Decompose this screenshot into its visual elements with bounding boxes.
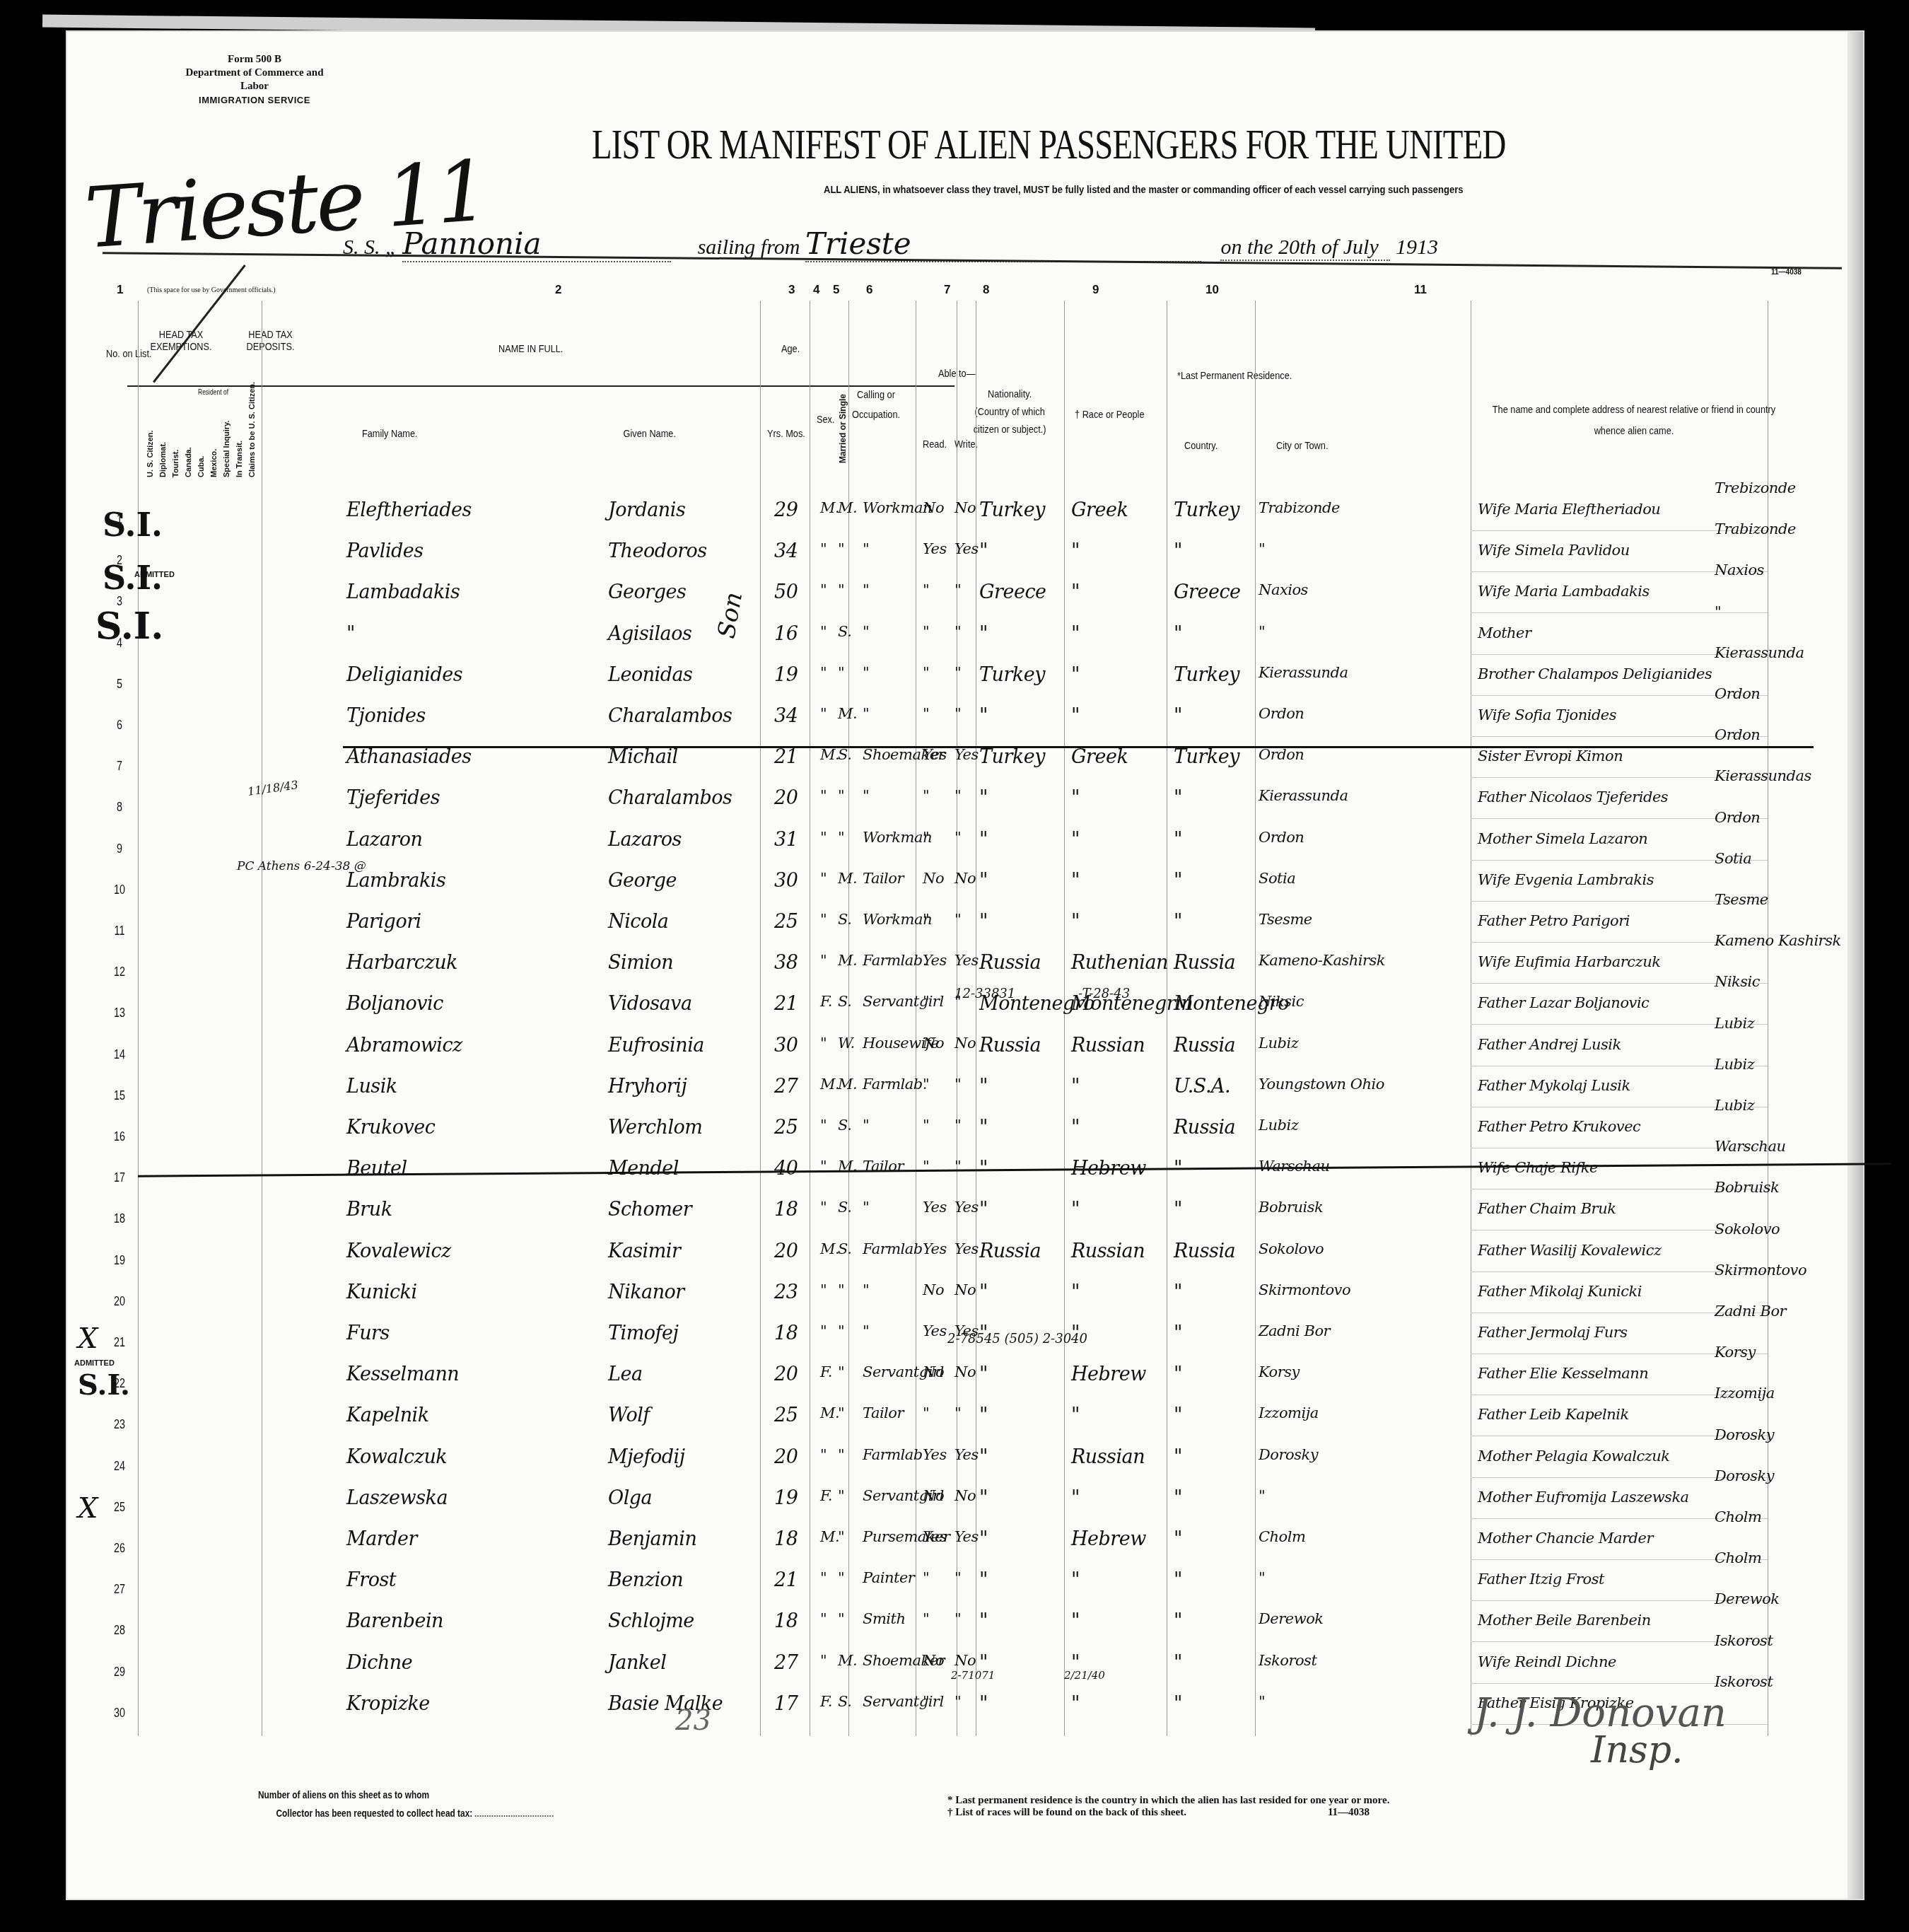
race: Ruthenian <box>1071 952 1168 974</box>
row-number: 9 <box>112 842 126 856</box>
family-name: Parigori <box>346 911 421 933</box>
given-name: Eufrosinia <box>608 1035 704 1057</box>
age: 18 <box>774 1322 798 1344</box>
marital-status: M. <box>838 499 857 516</box>
table-row: 16KrukovecWerchlom25"S."""""RussiaLubizF… <box>67 1112 1863 1149</box>
table-row: 24KowalczukMjefodij20""FarmlabYesYes"Rus… <box>67 1442 1863 1479</box>
header-nationality: Nationality. (Country of which citizen o… <box>972 385 1047 438</box>
residence-country: " <box>1174 1693 1182 1715</box>
residence-country: Turkey <box>1174 746 1239 768</box>
sex: " <box>820 623 827 640</box>
given-name: Nicola <box>608 911 668 933</box>
residence-country: " <box>1174 1199 1182 1221</box>
family-name: Kapelnik <box>346 1404 429 1426</box>
table-row: 4"Agisilaos16"S."""""""Mother" <box>67 619 1863 656</box>
relative-city: Sotia <box>1715 850 1751 867</box>
occupation: Workman <box>863 499 932 516</box>
nearest-relative: Mother <box>1478 624 1531 641</box>
residence-country: Turkey <box>1174 664 1239 686</box>
table-row: 15LusikHryhorij27M.M.Farmlab.""""U.S.A.Y… <box>67 1071 1863 1108</box>
age: 34 <box>774 705 798 727</box>
marital-status: " <box>838 581 844 598</box>
footer-line-1: Number of aliens on this sheet as to who… <box>258 1789 553 1800</box>
header-family-name: Family Name. <box>315 428 465 440</box>
relative-city: Cholm <box>1715 1508 1761 1525</box>
nearest-relative: Father Petro Parigori <box>1478 912 1630 929</box>
row-number: 17 <box>112 1170 126 1185</box>
can-write: " <box>954 1610 961 1627</box>
residence-city: Kierassunda <box>1259 787 1348 804</box>
race: " <box>1071 664 1080 686</box>
age: 25 <box>774 911 798 933</box>
table-row: 12HarbarczukSimion38"M.Farmlab.YesYesRus… <box>67 948 1863 984</box>
nationality: Russia <box>979 1035 1041 1057</box>
given-name: Agisilaos <box>608 623 691 645</box>
row-number: 20 <box>112 1294 126 1309</box>
nationality: " <box>979 1363 988 1385</box>
sex: M. <box>820 499 839 516</box>
residence-city: Zadni Bor <box>1259 1322 1330 1339</box>
occupation: " <box>863 623 869 640</box>
race: " <box>1071 540 1080 562</box>
age: 40 <box>774 1158 798 1180</box>
form-code-top: 11—4038 <box>1771 269 1802 277</box>
relative-city: Lubiz <box>1715 1056 1754 1073</box>
x-mark-row22: X <box>78 1322 98 1355</box>
residence-city: Iskorost <box>1259 1652 1317 1669</box>
inspector-title: Insp. <box>1591 1729 1683 1771</box>
sex: " <box>820 1322 827 1339</box>
residence-country: Turkey <box>1174 499 1239 521</box>
row-number: 11 <box>112 924 126 938</box>
can-read: Yes <box>923 1199 947 1216</box>
col-number-9: 9 <box>1092 283 1099 297</box>
residence-city: Dorosky <box>1259 1446 1318 1463</box>
row10-margin-note: PC Athens 6-24-38 @ <box>237 859 366 873</box>
header-tourist: Tourist. <box>172 414 180 477</box>
header-write: Write. <box>954 438 978 450</box>
family-name: Frost <box>346 1569 396 1591</box>
header-tax-exemptions: HEAD TAX EXEMPTIONS. <box>145 329 217 353</box>
race: " <box>1071 1117 1080 1139</box>
age: 20 <box>774 1240 798 1262</box>
residence-city: Trabizonde <box>1259 499 1340 516</box>
occupation: " <box>863 705 869 722</box>
sex: " <box>820 581 827 598</box>
header-yrs-mos: Yrs. Mos. <box>767 428 805 440</box>
sex: " <box>820 1652 827 1669</box>
can-write: Yes <box>954 1528 979 1545</box>
given-name: Jordanis <box>608 499 685 521</box>
age: 19 <box>774 1487 798 1509</box>
can-read: " <box>923 1117 929 1134</box>
sex: " <box>820 1117 827 1134</box>
residence-city: Korsy <box>1259 1363 1300 1380</box>
family-name: Lusik <box>346 1076 397 1098</box>
residence-country: Greece <box>1174 581 1241 603</box>
nationality: Russia <box>979 952 1041 974</box>
header-married-single: Married or Single <box>838 371 848 463</box>
can-read: No <box>923 870 944 887</box>
si-stamp-row23: S.I. <box>78 1368 130 1402</box>
marital-status: " <box>838 829 844 846</box>
row-number: 23 <box>112 1417 126 1432</box>
occupation: Farmlab <box>863 1446 923 1463</box>
nearest-relative: Wife Eufimia Harbarczuk <box>1478 953 1660 970</box>
age: 34 <box>774 540 798 562</box>
residence-city: Sokolovo <box>1259 1240 1324 1257</box>
header-claims-us-citizen: Claims to be U. S. Citizen. <box>248 414 257 477</box>
relative-city: Trebizonde <box>1715 479 1796 496</box>
occupation: " <box>863 581 869 598</box>
residence-city: " <box>1259 1693 1265 1710</box>
header-special-inquiry: Special Inquiry. <box>223 414 231 477</box>
relative-city: Derewok <box>1715 1590 1780 1607</box>
age: 27 <box>774 1652 798 1674</box>
row-number: 13 <box>112 1006 126 1020</box>
col-number-6: 6 <box>866 283 872 297</box>
header-name-in-full: NAME IN FULL. <box>498 343 563 355</box>
given-name: George <box>608 870 677 892</box>
header-in-transit: In Transit. <box>235 414 244 477</box>
x-mark-row25: X <box>78 1492 98 1525</box>
age: 38 <box>774 952 798 974</box>
can-write: Yes <box>954 746 979 763</box>
header-given-name: Given Name. <box>605 428 695 440</box>
relative-city: Sokolovo <box>1715 1221 1780 1238</box>
relative-city: Kameno Kashirsk <box>1715 932 1841 949</box>
col-number-3: 3 <box>788 283 795 297</box>
occupation: " <box>863 787 869 804</box>
table-row: 28BarenbeinSchlojme18""Smith"""""Derewok… <box>67 1606 1863 1643</box>
sex: " <box>820 1281 827 1298</box>
sex: M. <box>820 1404 839 1421</box>
sex: M. <box>820 1076 839 1093</box>
nearest-relative: Father Wasilij Kovalewicz <box>1478 1242 1661 1259</box>
header-race: † Race or People <box>1075 409 1145 421</box>
occupation: " <box>863 1199 869 1216</box>
row30-note: 2-71071 <box>951 1669 995 1682</box>
residence-city: Skirmontovo <box>1259 1281 1350 1298</box>
family-name: Beutel <box>346 1158 407 1180</box>
occupation: Tailor <box>863 870 904 887</box>
given-name: Lazaros <box>608 829 682 851</box>
can-write: No <box>954 1035 976 1052</box>
marital-status: S. <box>838 1693 851 1710</box>
relative-city: Tsesme <box>1715 891 1768 908</box>
table-row: 9LazaronLazaros31""Workman"""""OrdonMoth… <box>67 825 1863 861</box>
given-name: Leonidas <box>608 664 692 686</box>
can-read: No <box>923 1363 944 1380</box>
nearest-relative: Wife Maria Eleftheriadou <box>1478 501 1660 518</box>
race: Hebrew <box>1071 1363 1146 1385</box>
residence-city: Naxios <box>1259 581 1308 598</box>
occupation: Smith <box>863 1610 905 1627</box>
table-row: 2PavlidesTheodoros34"""YesYes""""Wife Si… <box>67 536 1863 573</box>
residence-city: " <box>1259 1569 1265 1586</box>
race: Russian <box>1071 1035 1145 1057</box>
marital-status: M. <box>838 705 857 722</box>
page-title: LIST OR MANIFEST OF ALIEN PASSENGERS FOR… <box>592 120 1505 169</box>
table-row: 6TjonidesCharalambos34"M.""""""OrdonWife… <box>67 701 1863 738</box>
age: 27 <box>774 1076 798 1098</box>
given-name: Schlojme <box>608 1610 694 1632</box>
residence-country: " <box>1174 623 1182 645</box>
header-resident-of: Resident of <box>198 389 228 397</box>
sex: " <box>820 952 827 969</box>
race: Greek <box>1071 499 1128 521</box>
family-name: Kesselmann <box>346 1363 459 1385</box>
footer-line-2: Collector has been requested to collect … <box>276 1808 554 1819</box>
age: 23 <box>774 1281 798 1303</box>
given-name: Simion <box>608 952 673 974</box>
residence-country: " <box>1174 1569 1182 1591</box>
nearest-relative: Wife Maria Lambadakis <box>1478 583 1650 600</box>
marital-status: M. <box>838 870 857 887</box>
nationality: " <box>979 1487 988 1509</box>
marital-status: S. <box>838 993 851 1010</box>
residence-city: Tsesme <box>1259 911 1312 928</box>
given-name: Werchlom <box>608 1117 702 1139</box>
footer-line-2-text: Collector has been requested to collect … <box>276 1808 473 1819</box>
nearest-relative: Father Andrej Lusik <box>1478 1036 1621 1053</box>
race: " <box>1071 829 1080 851</box>
col-number-4: 4 <box>813 283 819 297</box>
row-number: 15 <box>112 1088 126 1103</box>
marital-status: " <box>838 787 844 804</box>
table-row: 23KapelnikWolf25M."Tailor"""""IzzomijaFa… <box>67 1400 1863 1437</box>
can-write: No <box>954 1363 976 1380</box>
race: " <box>1071 1487 1080 1509</box>
can-read: No <box>923 499 944 516</box>
occupation: Servantgirl <box>863 1693 944 1710</box>
age: 30 <box>774 870 798 892</box>
col-number-10: 10 <box>1205 283 1219 297</box>
family-name: Barenbein <box>346 1610 443 1632</box>
nationality: Turkey <box>979 664 1045 686</box>
relative-city: Ordon <box>1715 726 1760 743</box>
residence-country: " <box>1174 1528 1182 1550</box>
form-service: IMMIGRATION SERVICE <box>173 93 336 107</box>
nationality: Greece <box>979 581 1046 603</box>
head-tax-count-field <box>475 1815 554 1817</box>
residence-city: Sotia <box>1259 870 1295 887</box>
nationality: " <box>979 911 988 933</box>
footnote-races-text: † List of races will be found on the bac… <box>947 1807 1186 1818</box>
nearest-relative: Father Chaim Bruk <box>1478 1200 1616 1217</box>
occupation: Tailor <box>863 1158 904 1175</box>
strike-line-row6 <box>343 746 1814 748</box>
given-name: Benzion <box>608 1569 683 1591</box>
header-diplomat: Diplomat. <box>159 414 168 477</box>
marital-status: S. <box>838 911 851 928</box>
can-write: " <box>954 1693 961 1710</box>
relative-city: Lubiz <box>1715 1015 1754 1032</box>
footer-code: 11—4038 <box>1328 1807 1370 1818</box>
col-number-7: 7 <box>944 283 950 297</box>
marital-status: " <box>838 1487 844 1504</box>
can-read: " <box>923 1158 929 1175</box>
row-number: 27 <box>112 1582 126 1597</box>
table-row: 27FrostBenzion21""Painter""""""Father It… <box>67 1565 1863 1602</box>
table-row: 18BrukSchomer18"S."YesYes"""BobruiskFath… <box>67 1194 1863 1231</box>
residence-country: " <box>1174 1322 1182 1344</box>
row-number: 18 <box>112 1211 126 1226</box>
race: " <box>1071 1281 1080 1303</box>
nearest-relative: Mother Simela Lazaron <box>1478 830 1647 847</box>
relative-city: Ordon <box>1715 685 1760 702</box>
manifest-sheet: Form 500 B Department of Commerce and La… <box>67 32 1863 1899</box>
col-number-1: 1 <box>117 283 123 297</box>
race: " <box>1071 1199 1080 1221</box>
row13-note: 12-33831 <box>954 987 1015 1001</box>
nearest-relative: Father Elie Kesselmann <box>1478 1365 1648 1382</box>
nationality: " <box>979 1199 988 1221</box>
sex: " <box>820 911 827 928</box>
age: 50 <box>774 581 798 603</box>
sex: " <box>820 664 827 681</box>
given-name: Vidosava <box>608 993 692 1015</box>
row-rule <box>1471 612 1768 613</box>
nearest-relative: Mother Beile Barenbein <box>1478 1612 1651 1629</box>
residence-city: Kameno-Kashirsk <box>1259 952 1385 969</box>
row-number: 16 <box>112 1129 126 1144</box>
marital-status: S. <box>838 1199 851 1216</box>
residence-city: Ordon <box>1259 705 1304 722</box>
age: 19 <box>774 664 798 686</box>
row-number: 24 <box>112 1459 126 1474</box>
nearest-relative: Mother Chancie Marder <box>1478 1530 1653 1547</box>
header-age: Age. <box>781 343 800 355</box>
col-number-11: 11 <box>1414 283 1427 297</box>
race: " <box>1071 623 1080 645</box>
occupation: Workman <box>863 829 932 846</box>
nearest-relative: Father Lazar Boljanovic <box>1478 994 1649 1011</box>
footer-notes: * Last permanent residence is the countr… <box>947 1795 1389 1819</box>
sailing-label: sailing from <box>698 235 800 259</box>
nationality: " <box>979 829 988 851</box>
table-row: 25LaszewskaOlga19F."ServantgirlNoNo""""M… <box>67 1483 1863 1520</box>
relative-city: Niksic <box>1715 973 1760 990</box>
family-name: Eleftheriades <box>346 499 472 521</box>
table-row: 5DeligianidesLeonidas19"""""Turkey"Turke… <box>67 660 1863 697</box>
residence-city: Ordon <box>1259 829 1304 846</box>
header-last-residence: *Last Permanent Residence. <box>1177 370 1292 382</box>
given-name: Mjefodij <box>608 1446 685 1468</box>
col-number-2: 2 <box>555 283 561 297</box>
table-row: 14AbramowiczEufrosinia30"W.HousewifeNoNo… <box>67 1030 1863 1067</box>
can-read: No <box>923 1487 944 1504</box>
sex: F. <box>820 993 832 1010</box>
sex: " <box>820 1035 827 1052</box>
residence-city: Derewok <box>1259 1610 1324 1627</box>
residence-country: " <box>1174 1487 1182 1509</box>
relative-city: Warschau <box>1715 1138 1785 1155</box>
can-write: " <box>954 623 961 640</box>
row-number: 6 <box>112 718 126 733</box>
table-row: 3LambadakisGeorges50"""""Greece"GreeceNa… <box>67 577 1863 614</box>
can-read: Yes <box>923 1446 947 1463</box>
can-read: Yes <box>923 952 947 969</box>
nationality: " <box>979 870 988 892</box>
given-name: Charalambos <box>608 705 732 727</box>
given-name: Schomer <box>608 1199 691 1221</box>
table-row: 22KesselmannLea20F."ServantgirlNoNo"Hebr… <box>67 1359 1863 1396</box>
marital-status: " <box>838 1363 844 1380</box>
sex: F. <box>820 1487 832 1504</box>
nationality: " <box>979 1446 988 1468</box>
can-read: " <box>923 1610 929 1627</box>
residence-country: Russia <box>1174 1117 1235 1139</box>
row-number: 7 <box>112 759 126 774</box>
row-number: 10 <box>112 883 126 897</box>
residence-country: Russia <box>1174 1240 1235 1262</box>
occupation: " <box>863 1117 869 1134</box>
marital-status: " <box>838 1528 844 1545</box>
residence-city: " <box>1259 1487 1265 1504</box>
can-read: " <box>923 911 929 928</box>
family-name: Kunicki <box>346 1281 417 1303</box>
age: 18 <box>774 1199 798 1221</box>
occupation: Farmlab. <box>863 952 927 969</box>
family-name: Lazaron <box>346 829 422 851</box>
sex: " <box>820 540 827 557</box>
residence-city: Youngstown Ohio <box>1259 1076 1384 1093</box>
can-write: No <box>954 1652 976 1669</box>
given-name: Charalambos <box>608 787 732 809</box>
race: " <box>1071 705 1080 727</box>
sailing-date: on the 20th of July <box>1220 235 1390 261</box>
given-name: Georges <box>608 581 686 603</box>
can-write: " <box>954 1404 961 1421</box>
table-row: 8TjeferidesCharalambos20""""""""Kierassu… <box>67 783 1863 820</box>
header-mexico: Mexico. <box>210 414 218 477</box>
family-name: Athanasiades <box>346 746 472 768</box>
residence-country: " <box>1174 1446 1182 1468</box>
header-country: Country. <box>1184 440 1218 452</box>
can-read: " <box>923 1404 929 1421</box>
table-row: 1EleftheriadesJordanis29M.M.WorkmanNoNoT… <box>67 495 1863 532</box>
residence-city: Lubiz <box>1259 1117 1298 1134</box>
header-city: City or Town. <box>1276 440 1328 452</box>
race: " <box>1071 1404 1080 1426</box>
age: 17 <box>774 1693 798 1715</box>
header-relative: The name and complete address of nearest… <box>1478 400 1790 442</box>
can-write: " <box>954 1076 961 1093</box>
can-write: Yes <box>954 540 979 557</box>
nationality: " <box>979 1404 988 1426</box>
family-name: Kropizke <box>346 1693 430 1715</box>
marital-status: " <box>838 664 844 681</box>
can-read: " <box>923 993 929 1010</box>
nearest-relative: Father Mikolaj Kunicki <box>1478 1283 1642 1300</box>
can-write: Yes <box>954 1446 979 1463</box>
nearest-relative: Father Itzig Frost <box>1478 1571 1604 1588</box>
marital-status: " <box>838 540 844 557</box>
relative-city: Lubiz <box>1715 1097 1754 1114</box>
can-read: Yes <box>923 746 947 763</box>
row-number: 29 <box>112 1665 126 1680</box>
nationality: " <box>979 705 988 727</box>
diagonal-stroke <box>153 264 246 383</box>
marital-status: M. <box>838 1076 857 1093</box>
race: Russian <box>1071 1240 1145 1262</box>
row-number: 5 <box>112 677 126 692</box>
can-write: " <box>954 829 961 846</box>
family-name: Kovalewicz <box>346 1240 451 1262</box>
can-read: " <box>923 623 929 640</box>
can-read: " <box>923 1569 929 1586</box>
